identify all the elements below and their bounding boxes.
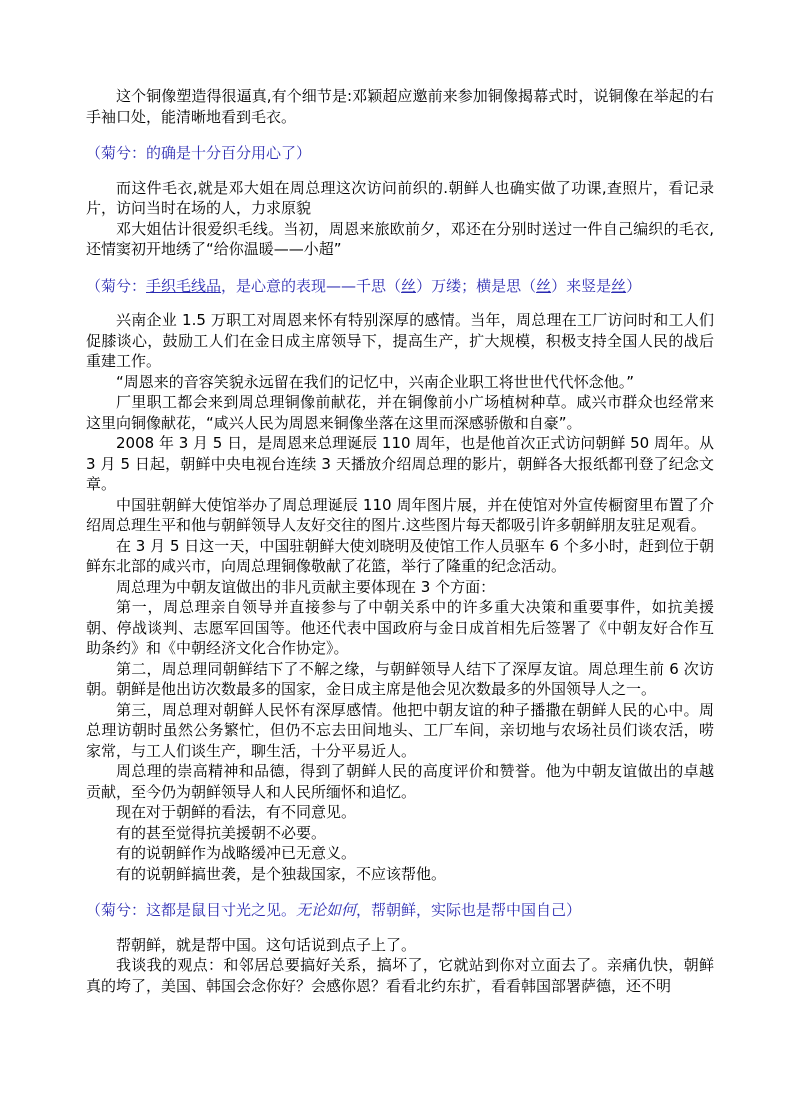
comment-text-segment: 丝 — [611, 277, 626, 295]
body-text-segment: 第一，周总理亲自领导并直接参与了中朝关系中的许多重大决策和重要事件，如抗美援朝、… — [86, 598, 714, 657]
comment-text-segment: （菊兮：这都是鼠目寸光之见。 — [86, 901, 296, 919]
body-text-segment: 而这件毛衣,就是邓大姐在周总理这次访问前织的.朝鲜人也确实做了功课,查照片，看记… — [86, 179, 714, 218]
body-text-segment: 在 3 月 5 日这一天，中国驻朝鲜大使刘晓明及使馆工作人员驱车 6 个多小时，… — [86, 537, 714, 576]
paragraph: 邓大姐估计很爱织毛线。当初，周恩来旅欧前夕，邓还在分别时送过一件自己编织的毛衣,… — [86, 219, 714, 260]
comment-line: （菊兮：这都是鼠目寸光之见。无论如何，帮朝鲜，实际也是帮中国自己） — [86, 900, 714, 921]
paragraph: 在 3 月 5 日这一天，中国驻朝鲜大使刘晓明及使馆工作人员驱车 6 个多小时，… — [86, 536, 714, 577]
document-body: 这个铜像塑造得很逼真,有个细节是:邓颖超应邀前来参加铜像揭幕式时，说铜像在举起的… — [86, 86, 714, 996]
comment-line: （菊兮：的确是十分百分用心了） — [86, 143, 714, 164]
comment-text-segment: 手织毛线品 — [146, 277, 221, 295]
comment-text-segment: ，是心意的表现——千思（ — [221, 277, 401, 295]
body-text-segment: 中国驻朝鲜大使馆举办了周总理诞辰 110 周年图片展，并在使馆对外宣传橱窗里布置… — [86, 496, 714, 535]
paragraph: 现在对于朝鲜的看法，有不同意见。 — [86, 802, 714, 823]
body-text-segment: 有的甚至觉得抗美援朝不必要。 — [116, 824, 326, 842]
comment-text-segment: 无论如何 — [296, 901, 356, 919]
comment-text-segment: （菊兮： — [86, 277, 146, 295]
comment-text-segment: ，帮朝鲜，实际也是帮中国自己） — [356, 901, 581, 919]
paragraph: 中国驻朝鲜大使馆举办了周总理诞辰 110 周年图片展，并在使馆对外宣传橱窗里布置… — [86, 495, 714, 536]
paragraph: 2008 年 3 月 5 日，是周恩来总理诞辰 110 周年，也是他首次正式访问… — [86, 433, 714, 495]
body-text-segment: “周恩来的音容笑貌永远留在我们的记忆中，兴南企业职工将世世代代怀念他。” — [116, 373, 634, 391]
body-text-segment: 我谈我的观点：和邻居总要搞好关系，搞坏了，它就站到你对立面去了。亲痛仇快，朝鲜真… — [86, 956, 714, 995]
comment-text-segment: 丝 — [401, 277, 416, 295]
body-text-segment: 周总理为中朝友谊做出的非凡贡献主要体现在 3 个方面： — [116, 578, 495, 596]
body-text-segment: 有的说朝鲜搞世袭，是个独裁国家，不应该帮他。 — [116, 865, 446, 883]
body-text-segment: 帮朝鲜，就是帮中国。这句话说到点子上了。 — [116, 936, 416, 954]
paragraph: 有的说朝鲜搞世袭，是个独裁国家，不应该帮他。 — [86, 864, 714, 885]
paragraph: “周恩来的音容笑貌永远留在我们的记忆中，兴南企业职工将世世代代怀念他。” — [86, 372, 714, 393]
paragraph: 第一，周总理亲自领导并直接参与了中朝关系中的许多重大决策和重要事件，如抗美援朝、… — [86, 597, 714, 659]
paragraph: 周总理为中朝友谊做出的非凡贡献主要体现在 3 个方面： — [86, 577, 714, 598]
body-text-segment: 厂里职工都会来到周总理铜像前献花，并在铜像前小广场植树种草。咸兴市群众也经常来这… — [86, 393, 714, 432]
paragraph: 这个铜像塑造得很逼真,有个细节是:邓颖超应邀前来参加铜像揭幕式时，说铜像在举起的… — [86, 86, 714, 127]
body-text-segment: 第二，周总理同朝鲜结下了不解之缘，与朝鲜领导人结下了深厚友谊。周总理生前 6 次… — [86, 660, 714, 699]
body-text-segment: 这个铜像塑造得很逼真,有个细节是:邓颖超应邀前来参加铜像揭幕式时，说铜像在举起的… — [86, 87, 714, 126]
paragraph: 而这件毛衣,就是邓大姐在周总理这次访问前织的.朝鲜人也确实做了功课,查照片，看记… — [86, 178, 714, 219]
comment-text-segment: ）来竖是 — [551, 277, 611, 295]
body-text-segment: 兴南企业 1.5 万职工对周恩来怀有特别深厚的感情。当年，周总理在工厂访问时和工… — [86, 311, 714, 370]
comment-text-segment: ）万缕；横是思（ — [416, 277, 536, 295]
paragraph: 兴南企业 1.5 万职工对周恩来怀有特别深厚的感情。当年，周总理在工厂访问时和工… — [86, 310, 714, 372]
paragraph: 厂里职工都会来到周总理铜像前献花，并在铜像前小广场植树种草。咸兴市群众也经常来这… — [86, 392, 714, 433]
paragraph: 第二，周总理同朝鲜结下了不解之缘，与朝鲜领导人结下了深厚友谊。周总理生前 6 次… — [86, 659, 714, 700]
body-text-segment: 有的说朝鲜作为战略缓冲已无意义。 — [116, 844, 356, 862]
comment-text-segment: ） — [626, 277, 641, 295]
body-text-segment: 第三，周总理对朝鲜人民怀有深厚感情。他把中朝友谊的种子播撒在朝鲜人民的心中。周总… — [86, 701, 714, 760]
paragraph: 帮朝鲜，就是帮中国。这句话说到点子上了。 — [86, 935, 714, 956]
comment-line: （菊兮：手织毛线品，是心意的表现——千思（丝）万缕；横是思（丝）来竖是丝） — [86, 276, 714, 297]
comment-text-segment: 丝 — [536, 277, 551, 295]
paragraph: 有的说朝鲜作为战略缓冲已无意义。 — [86, 843, 714, 864]
body-text-segment: 2008 年 3 月 5 日，是周恩来总理诞辰 110 周年，也是他首次正式访问… — [86, 434, 714, 493]
body-text-segment: 现在对于朝鲜的看法，有不同意见。 — [116, 803, 356, 821]
body-text-segment: 周总理的崇高精神和品德，得到了朝鲜人民的高度评价和赞誉。他为中朝友谊做出的卓越贡… — [86, 762, 714, 801]
comment-text-segment: （菊兮：的确是十分百分用心了） — [86, 144, 311, 162]
paragraph: 有的甚至觉得抗美援朝不必要。 — [86, 823, 714, 844]
document-page: 这个铜像塑造得很逼真,有个细节是:邓颖超应邀前来参加铜像揭幕式时，说铜像在举起的… — [0, 0, 800, 1100]
body-text-segment: 邓大姐估计很爱织毛线。当初，周恩来旅欧前夕，邓还在分别时送过一件自己编织的毛衣,… — [86, 220, 714, 259]
paragraph: 我谈我的观点：和邻居总要搞好关系，搞坏了，它就站到你对立面去了。亲痛仇快，朝鲜真… — [86, 955, 714, 996]
paragraph: 周总理的崇高精神和品德，得到了朝鲜人民的高度评价和赞誉。他为中朝友谊做出的卓越贡… — [86, 761, 714, 802]
paragraph: 第三，周总理对朝鲜人民怀有深厚感情。他把中朝友谊的种子播撒在朝鲜人民的心中。周总… — [86, 700, 714, 762]
